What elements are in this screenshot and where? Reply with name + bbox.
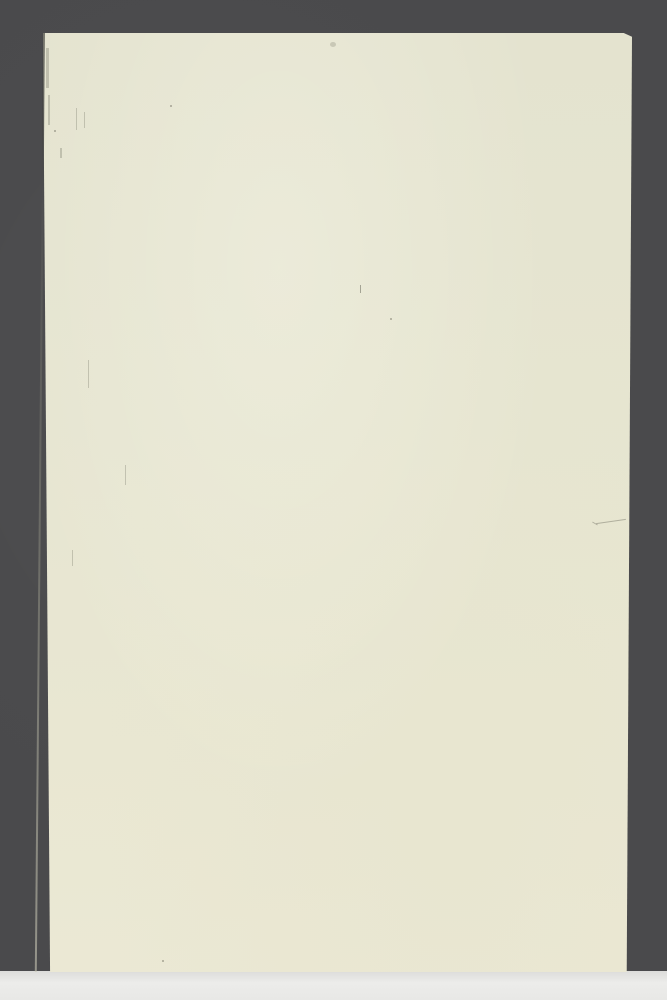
speck — [162, 960, 164, 962]
edge-scuff-mark — [60, 148, 62, 158]
light-floor-strip — [0, 971, 667, 1000]
speck — [360, 285, 361, 293]
speck — [170, 105, 172, 107]
edge-scuff-mark — [76, 108, 77, 130]
speck — [54, 130, 56, 132]
edge-scuff-mark — [46, 48, 49, 88]
speck — [330, 42, 336, 47]
edge-scuff-mark — [88, 360, 89, 388]
speck — [390, 318, 392, 320]
edge-scuff-mark — [72, 550, 73, 566]
edge-scuff-mark — [48, 95, 50, 125]
blank-paper-sheet — [43, 33, 632, 972]
edge-scuff-mark — [125, 465, 126, 485]
edge-scuff-mark — [84, 112, 85, 128]
